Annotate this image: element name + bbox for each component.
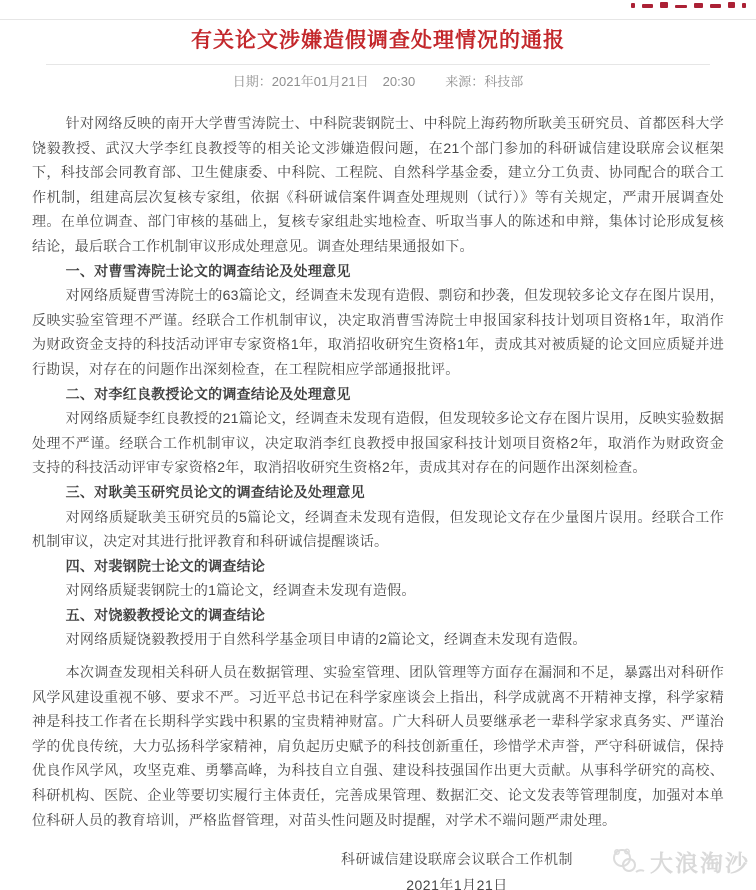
section-paragraph: 对网络质疑曹雪涛院士的63篇论文，经调查未发现有造假、剽窃和抄袭，但发现较多论文… (32, 283, 724, 381)
section-heading: 五、对饶毅教授论文的调查结论 (32, 603, 724, 628)
section-paragraph: 对网络质疑耿美玉研究员的5篇论文，经调查未发现有造假，但发现论文存在少量图片误用… (32, 505, 724, 554)
closing-paragraph: 本次调查发现相关科研人员在数据管理、实验室管理、团队管理等方面存在漏洞和不足，暴… (32, 660, 724, 832)
signature-block: 科研诚信建设联席会议联合工作机制 2021年1月21日 (79, 846, 756, 890)
page-title: 有关论文涉嫌造假调查处理情况的通报 (0, 30, 756, 52)
meta-time: 20:30 (383, 74, 416, 89)
section-heading: 二、对李红良教授论文的调查结论及处理意见 (32, 382, 724, 407)
section-heading: 三、对耿美玉研究员论文的调查结论及处理意见 (32, 480, 724, 505)
section-heading: 一、对曹雪涛院士论文的调查结论及处理意见 (32, 259, 724, 284)
section-paragraph: 对网络质疑李红良教授的21篇论文，经调查未发现有造假，但发现较多论文存在图片误用… (32, 406, 724, 480)
intro-paragraph: 针对网络反映的南开大学曹雪涛院士、中科院裴钢院士、中科院上海药物所耿美玉研究员、… (32, 111, 724, 259)
section-paragraph: 对网络质疑饶毅教授用于自然科学基金项目申请的2篇论文，经调查未发现有造假。 (32, 627, 724, 652)
meta-source: 来源：科技部 (445, 74, 523, 89)
section-heading: 四、对裴钢院士论文的调查结论 (32, 554, 724, 579)
top-divider-line (0, 19, 756, 20)
section-paragraph: 对网络质疑裴钢院士的1篇论文，经调查未发现有造假。 (32, 578, 724, 603)
title-divider-line (46, 64, 710, 65)
document-body: 针对网络反映的南开大学曹雪涛院士、中科院裴钢院士、中科院上海药物所耿美玉研究员、… (0, 111, 756, 832)
sections-container: 一、对曹雪涛院士论文的调查结论及处理意见对网络质疑曹雪涛院士的63篇论文，经调查… (32, 259, 724, 653)
signature-date: 2021年1月21日 (79, 872, 756, 890)
notice-document-page: 有关论文涉嫌造假调查处理情况的通报 日期：2021年01月21日20:30来源：… (0, 0, 756, 890)
signature-org: 科研诚信建设联席会议联合工作机制 (79, 846, 756, 872)
clipped-red-text-fragment (631, 0, 746, 8)
meta-line: 日期：2021年01月21日20:30来源：科技部 (0, 74, 756, 90)
meta-date: 日期：2021年01月21日 (233, 74, 369, 89)
